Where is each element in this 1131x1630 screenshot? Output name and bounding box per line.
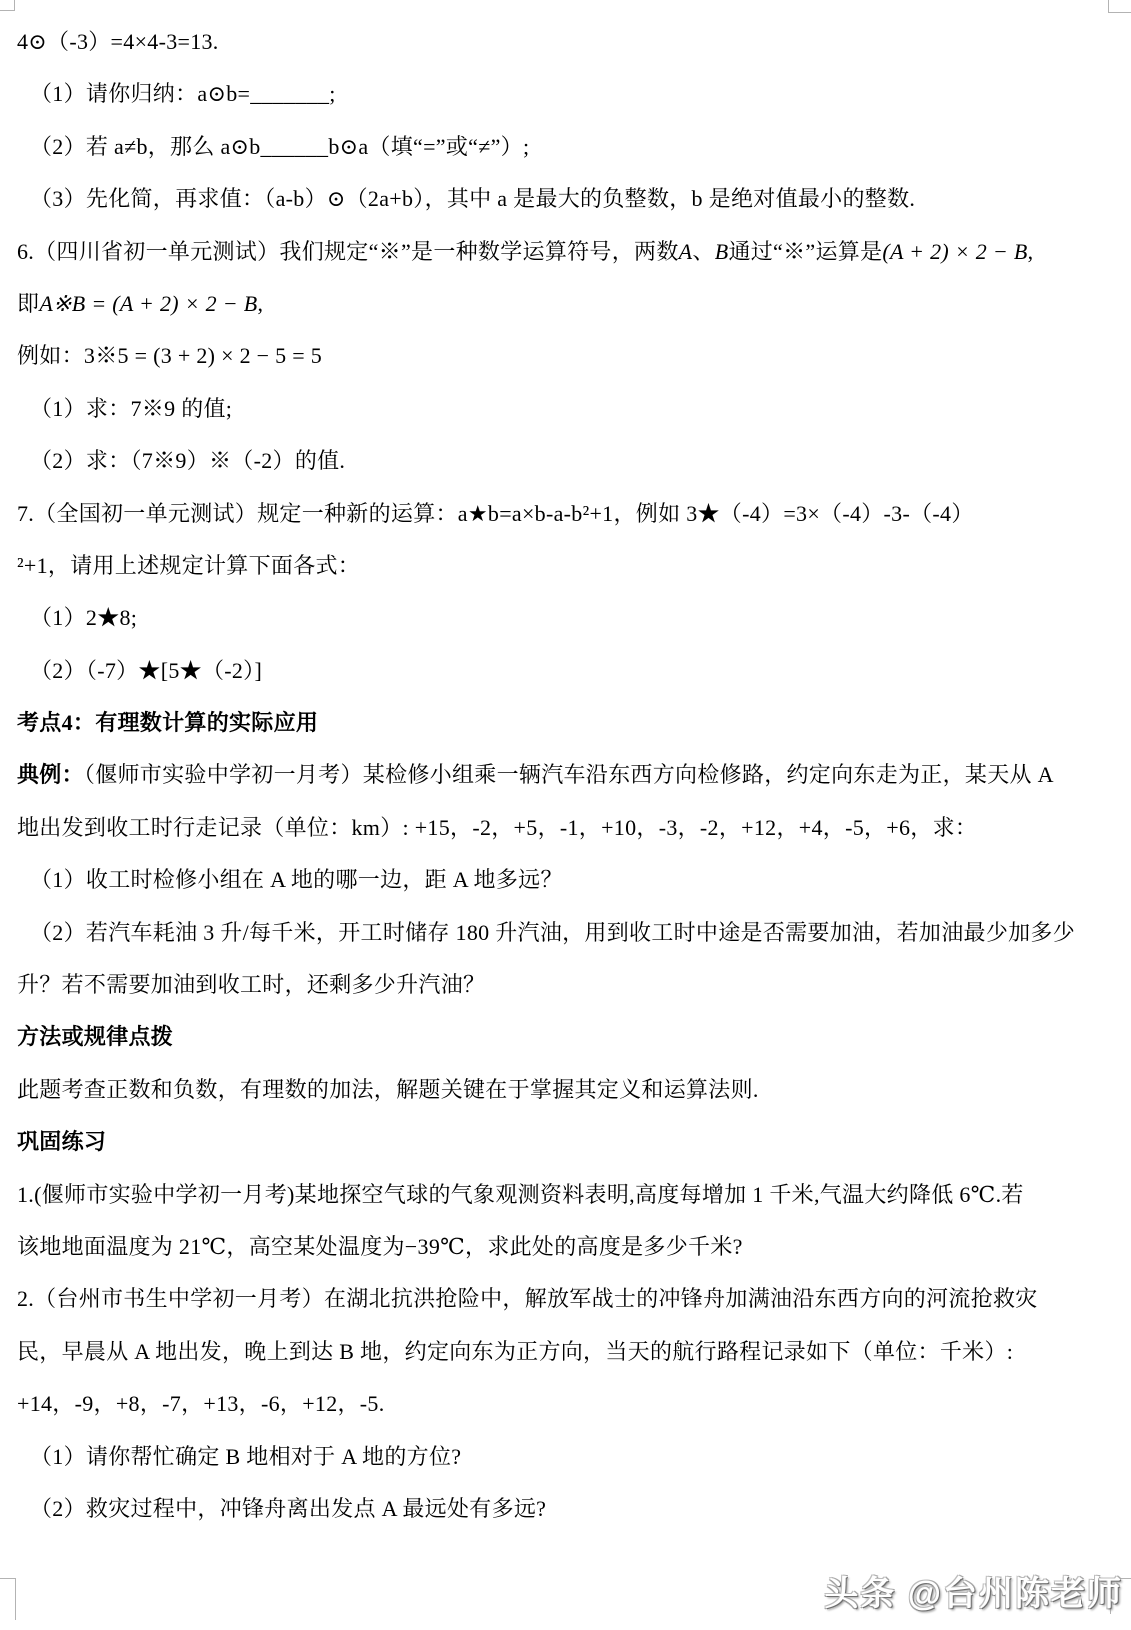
text-line: +14，-9，+8，-7，+13，-6，+12，-5. [17, 1378, 1117, 1430]
text-run: 民，早晨从 A 地出发，晚上到达 B 地，约定向东为正方向，当天的航行路程记录如… [17, 1339, 1013, 1364]
text-run: 该地地面温度为 21℃，高空某处温度为−39℃，求此处的高度是多少千米? [17, 1234, 743, 1259]
text-run: 4⊙（-3）=4×4-3=13. [17, 29, 219, 54]
text-line: 考点4：有理数计算的实际应用 [17, 697, 1117, 749]
text-run: A [679, 239, 693, 264]
text-line: 6.（四川省初一单元测试）我们规定“※”是一种数学运算符号，两数A、B通过“※”… [17, 226, 1117, 278]
text-run: （1）请你帮忙确定 B 地相对于 A 地的方位? [30, 1444, 461, 1469]
text-run: 3※5 = (3 + 2) × 2 − 5 = 5 [84, 343, 322, 368]
text-line: （2）救灾过程中，冲锋舟离出发点 A 最远处有多远? [17, 1483, 1117, 1535]
text-run: （偃师市实验中学初一月考）某检修小组乘一辆汽车沿东西方向检修路，约定向东走为正，… [84, 762, 1054, 787]
text-run: 典例： [17, 762, 84, 787]
crop-mark-bottom-left-h [0, 1578, 16, 1579]
text-line: 1.(偃师市实验中学初一月考)某地探空气球的气象观测资料表明,高度每增加 1 千… [17, 1169, 1117, 1221]
text-run: 考点4：有理数计算的实际应用 [17, 710, 318, 735]
watermark: 头条 @台州陈老师 [824, 1566, 1123, 1615]
text-run: , [257, 291, 263, 316]
text-run: 方法或规律点拨 [17, 1024, 173, 1049]
text-run: 地出发到收工时行走记录（单位：km）: +15，-2，+5，-1，+10，-3，… [17, 815, 977, 840]
text-run: （2）若 a≠b，那么 a⊙b______b⊙a（填“=”或“≠”）; [30, 134, 529, 159]
text-line: （1）2★8; [17, 592, 1117, 644]
text-run: （1）求：7※9 的值; [30, 396, 232, 421]
text-line: 巩固练习 [17, 1116, 1117, 1168]
text-run: 即 [17, 291, 39, 316]
text-line: （1）收工时检修小组在 A 地的哪一边，距 A 地多远？ [17, 854, 1117, 906]
text-run: 1.(偃师市实验中学初一月考)某地探空气球的气象观测资料表明,高度每增加 1 千… [17, 1182, 1024, 1207]
text-run: （1）收工时检修小组在 A 地的哪一边，距 A 地多远？ [30, 867, 563, 892]
text-line: 该地地面温度为 21℃，高空某处温度为−39℃，求此处的高度是多少千米? [17, 1221, 1117, 1273]
crop-mark-top-left-h [0, 10, 15, 11]
text-run: 通过“※”运算是 [728, 239, 882, 264]
text-line: （1）求：7※9 的值; [17, 383, 1117, 435]
text-line: （2）求：（7※9）※（-2）的值. [17, 435, 1117, 487]
text-line: 此题考查正数和负数，有理数的加法，解题关键在于掌握其定义和运算法则. [17, 1064, 1117, 1116]
text-run: 例如： [17, 343, 84, 368]
text-line: （3）先化简，再求值：（a-b）⊙（2a+b），其中 a 是最大的负整数，b 是… [17, 173, 1117, 225]
text-run: 7.（全国初一单元测试）规定一种新的运算：a★b=a×b-a-b²+1，例如 3… [17, 501, 974, 526]
text-line: 即A※B = (A + 2) × 2 − B, [17, 278, 1117, 330]
text-line: 2.（台州市书生中学初一月考）在湖北抗洪抢险中，解放军战士的冲锋舟加满油沿东西方… [17, 1273, 1117, 1325]
text-line: （2）若 a≠b，那么 a⊙b______b⊙a（填“=”或“≠”）; [17, 121, 1117, 173]
text-run: 、 [692, 239, 714, 264]
document-page: 4⊙（-3）=4×4-3=13.（1）请你归纳：a⊙b=_______;（2）若… [0, 0, 1131, 1630]
text-run: （1）请你归纳：a⊙b=_______; [30, 81, 336, 106]
text-run: A※B = (A + 2) × 2 − B [39, 291, 257, 316]
text-line: （1）请你帮忙确定 B 地相对于 A 地的方位? [17, 1431, 1117, 1483]
text-line: ²+1，请用上述规定计算下面各式： [17, 540, 1117, 592]
text-line: 4⊙（-3）=4×4-3=13. [17, 16, 1117, 68]
text-run: 2.（台州市书生中学初一月考）在湖北抗洪抢险中，解放军战士的冲锋舟加满油沿东西方… [17, 1286, 1038, 1311]
crop-mark-top-right-h [1108, 12, 1131, 13]
text-run: 升？若不需要加油到收工时，还剩多少升汽油？ [17, 972, 485, 997]
text-run: , [1028, 239, 1034, 264]
text-run: （2）（-7）★[5★（-2）] [30, 658, 262, 683]
text-line: （2）（-7）★[5★（-2）] [17, 645, 1117, 697]
text-run: （3）先化简，再求值：（a-b）⊙（2a+b），其中 a 是最大的负整数，b 是… [30, 186, 915, 211]
text-run: 6.（四川省初一单元测试）我们规定“※”是一种数学运算符号，两数 [17, 239, 679, 264]
text-run: ²+1，请用上述规定计算下面各式： [17, 553, 360, 578]
text-line: 升？若不需要加油到收工时，还剩多少升汽油？ [17, 959, 1117, 1011]
text-line: 地出发到收工时行走记录（单位：km）: +15，-2，+5，-1，+10，-3，… [17, 802, 1117, 854]
text-line: 方法或规律点拨 [17, 1011, 1117, 1063]
text-line: 典例：（偃师市实验中学初一月考）某检修小组乘一辆汽车沿东西方向检修路，约定向东走… [17, 749, 1117, 801]
text-run: B [715, 239, 729, 264]
text-run: +14，-9，+8，-7，+13，-6，+12，-5. [17, 1391, 385, 1416]
text-line: （1）请你归纳：a⊙b=_______; [17, 68, 1117, 120]
text-run: (A + 2) × 2 − B [882, 239, 1027, 264]
crop-mark-bottom-left-v [15, 1578, 16, 1620]
text-line: 民，早晨从 A 地出发，晚上到达 B 地，约定向东为正方向，当天的航行路程记录如… [17, 1326, 1117, 1378]
text-line: （2）若汽车耗油 3 升/每千米，开工时储存 180 升汽油，用到收工时中途是否… [17, 907, 1117, 959]
text-run: （2）若汽车耗油 3 升/每千米，开工时储存 180 升汽油，用到收工时中途是否… [30, 920, 1075, 945]
text-run: 此题考查正数和负数，有理数的加法，解题关键在于掌握其定义和运算法则. [17, 1077, 759, 1102]
text-run: （1）2★8; [30, 605, 137, 630]
document-body: 4⊙（-3）=4×4-3=13.（1）请你归纳：a⊙b=_______;（2）若… [17, 16, 1117, 1535]
text-run: （2）求：（7※9）※（-2）的值. [30, 448, 345, 473]
text-line: 7.（全国初一单元测试）规定一种新的运算：a★b=a×b-a-b²+1，例如 3… [17, 488, 1117, 540]
text-run: （2）救灾过程中，冲锋舟离出发点 A 最远处有多远? [30, 1496, 546, 1521]
text-line: 例如：3※5 = (3 + 2) × 2 − 5 = 5 [17, 330, 1117, 382]
text-run: 巩固练习 [17, 1129, 106, 1154]
